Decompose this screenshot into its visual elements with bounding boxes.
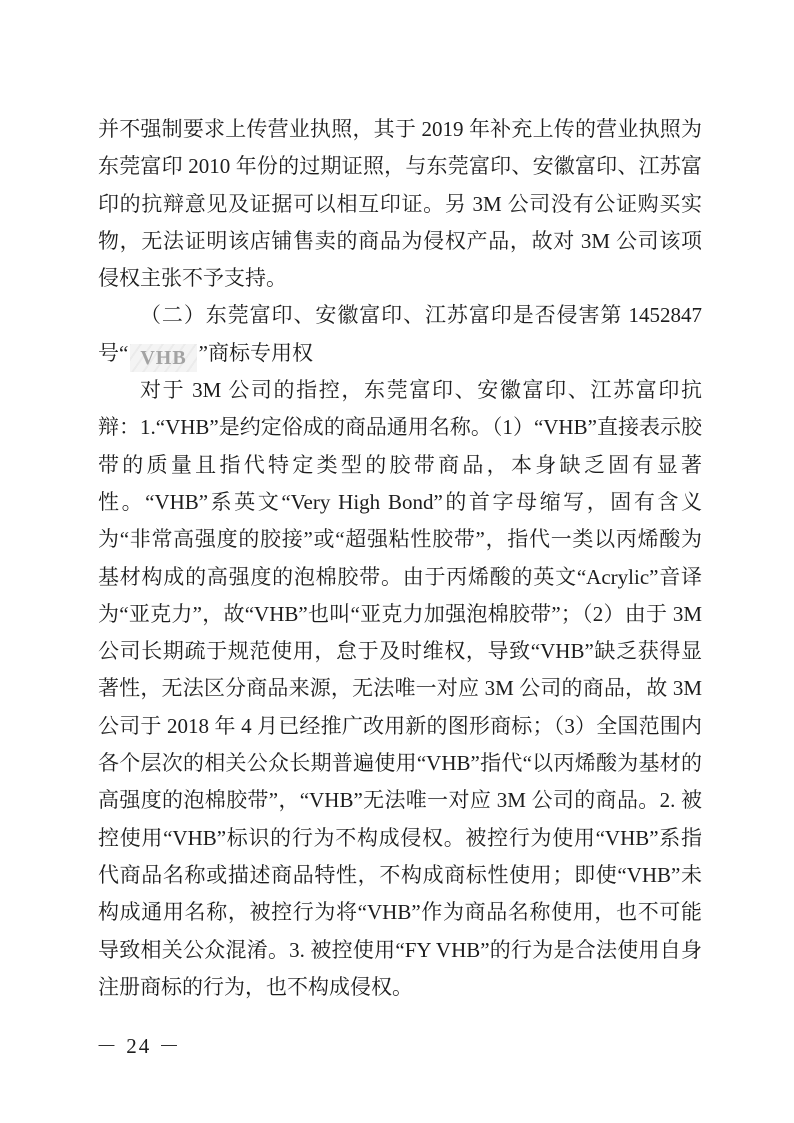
section-heading-paragraph: （二）东莞富印、安徽富印、江苏富印是否侵害第 1452847 号“VHB”商标专… (98, 297, 702, 372)
paragraph-defense-arguments: 对于 3M 公司的指控，东莞富印、安徽富印、江苏富印抗辩：1.“VHB”是约定俗… (98, 372, 702, 1006)
page-footer: － 24 － (96, 1030, 182, 1060)
page-number: － 24 － (96, 1034, 182, 1058)
vhb-trademark-image: VHB (130, 344, 196, 372)
paragraph-evidence-conclusion: 并不强制要求上传营业执照，其于 2019 年补充上传的营业执照为东莞富印 201… (98, 111, 702, 297)
document-page: 并不强制要求上传营业执照，其于 2019 年补充上传的营业执照为东莞富印 201… (0, 0, 794, 1123)
section-heading-text-after: ”商标专用权 (199, 341, 313, 365)
document-body: 并不强制要求上传营业执照，其于 2019 年补充上传的营业执照为东莞富印 201… (98, 111, 702, 1006)
